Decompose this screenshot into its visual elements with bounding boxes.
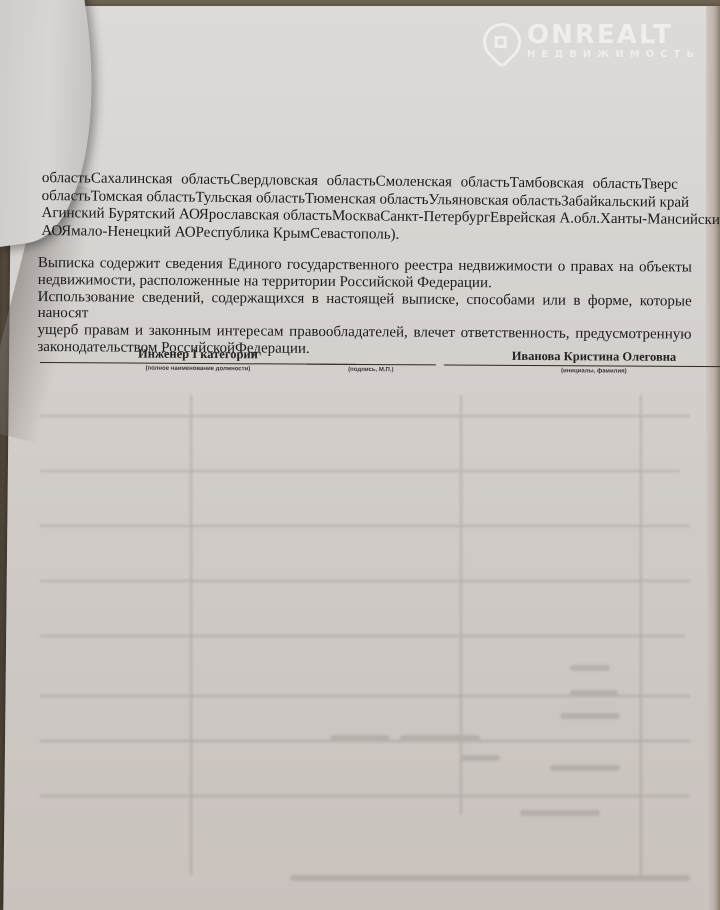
signature-row: Инженер I категории (полное наименование…: [40, 346, 720, 380]
signature-value: [306, 348, 436, 364]
legal-notice: Выписка содержит сведения Единого госуда…: [37, 255, 692, 360]
watermark-brand: ONREALT: [527, 22, 673, 48]
signer-name-field: Иванова Кристина Олеговна (инициалы, фам…: [444, 348, 720, 376]
signature-caption: (подпись, М.П.): [306, 366, 436, 375]
house-pin-icon: [475, 15, 529, 69]
regions-list: областьСахалинская областьСвердловская о…: [41, 170, 682, 247]
watermark: ONREALT НЕДВИЖИМОСТЬ: [483, 22, 700, 62]
signature-field: (подпись, М.П.): [306, 348, 436, 375]
signer-name-caption: (инициалы, фамилия): [444, 366, 720, 376]
signer-name: Иванова Кристина Олеговна: [444, 348, 720, 365]
notice-paragraph-scope: Выписка содержит сведения Единого госуда…: [38, 255, 692, 293]
bleed-through-table: [40, 395, 690, 895]
page-edge: [706, 6, 720, 910]
watermark-subtitle: НЕДВИЖИМОСТЬ: [527, 48, 700, 62]
